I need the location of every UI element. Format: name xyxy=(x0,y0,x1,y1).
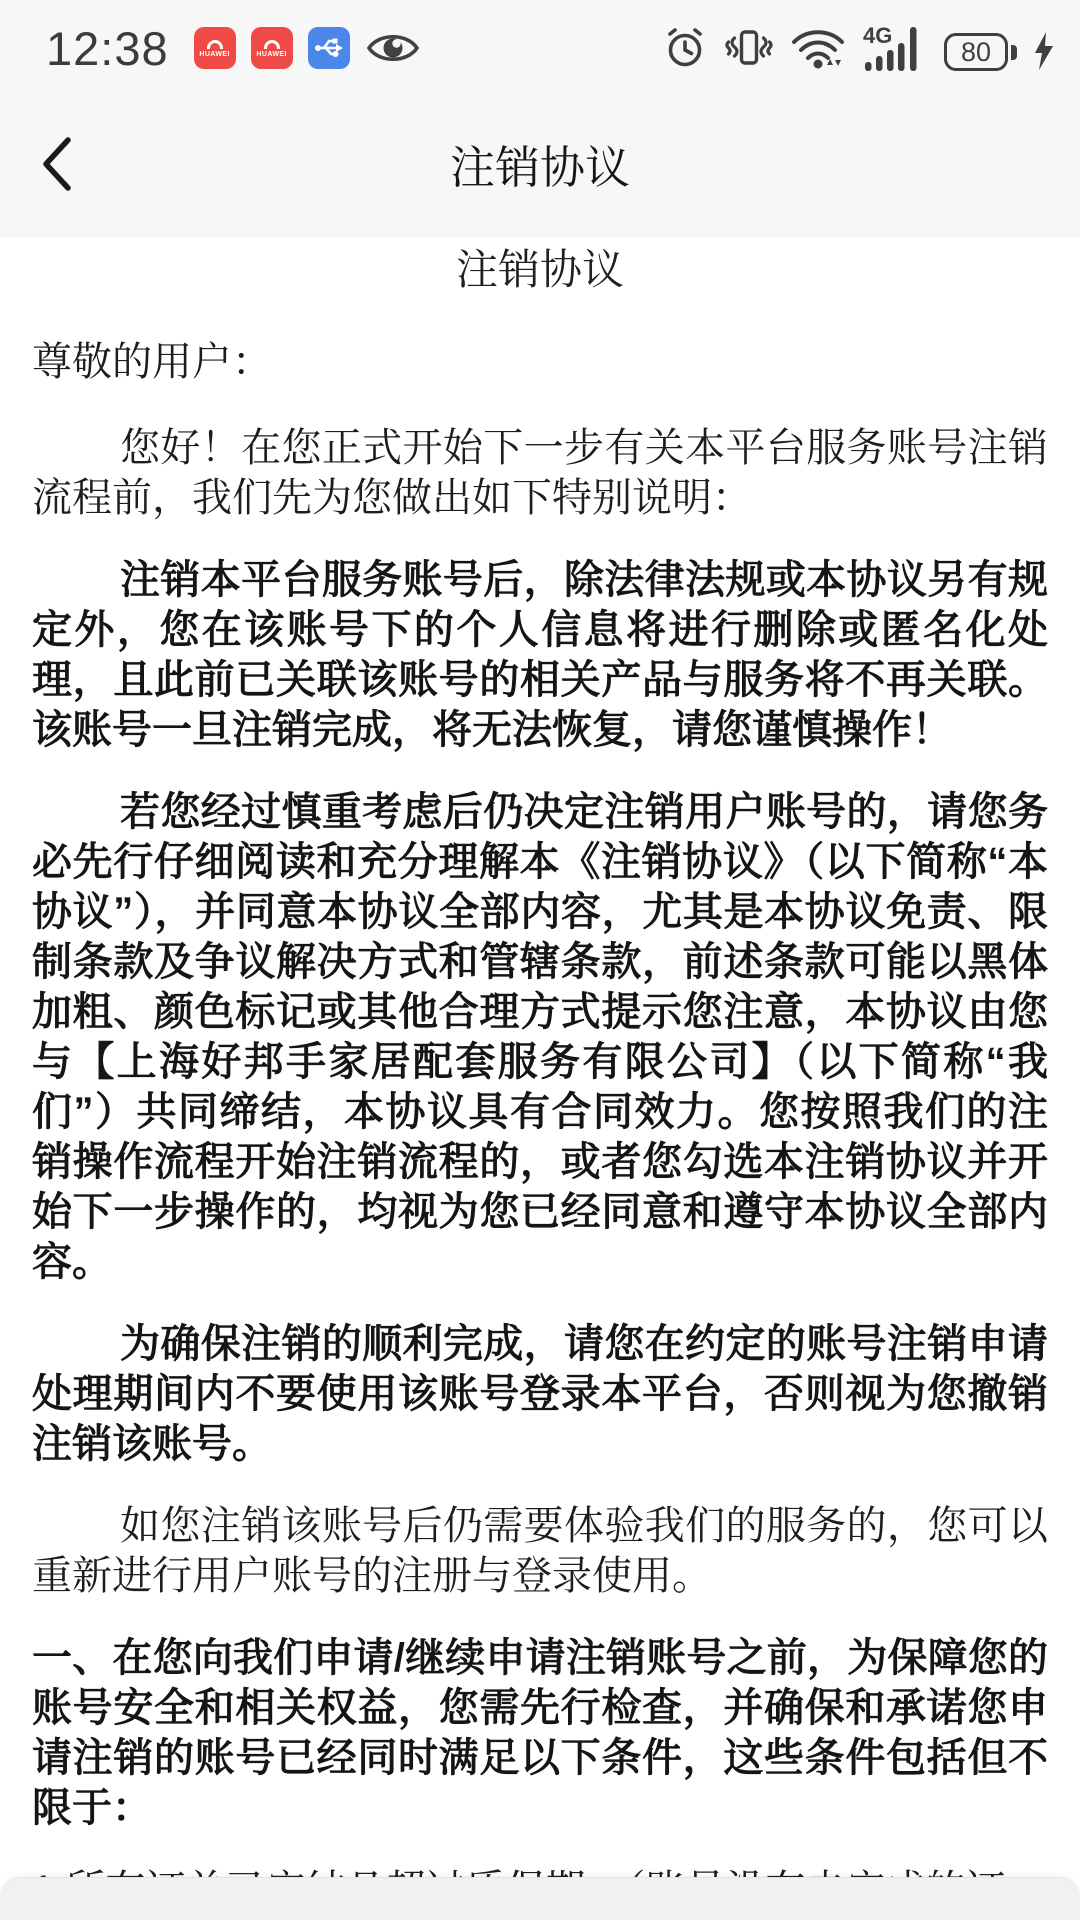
phone-screen: 12:38 HUAWEI HUAWEI xyxy=(0,0,1080,1920)
bag-handle-shape xyxy=(207,40,223,49)
salutation: 尊敬的用户： xyxy=(32,337,1048,387)
agreement-paragraph: 一、在您向我们申请/继续申请注销账号之前，为保障您的账号安全和相关权益，您需先行… xyxy=(32,1633,1048,1833)
back-chevron-icon xyxy=(39,135,75,193)
document-title: 注销协议 xyxy=(32,245,1048,295)
usb-icon xyxy=(308,27,350,69)
huawei-label: HUAWEI xyxy=(199,51,229,59)
vibrate-icon xyxy=(725,25,773,71)
agreement-paragraph: 您好！在您正式开始下一步有关本平台服务账号注销流程前，我们先为您做出如下特别说明… xyxy=(32,423,1048,523)
back-button[interactable] xyxy=(34,133,80,195)
signal-4g-icon: 4G xyxy=(863,25,927,71)
battery-nub xyxy=(1011,45,1017,60)
bag-handle-shape xyxy=(264,40,280,49)
wifi-icon xyxy=(790,27,846,71)
status-bar-left: 12:38 HUAWEI HUAWEI xyxy=(46,21,421,76)
battery-level: 80 xyxy=(944,33,1008,71)
agreement-paragraphs: 您好！在您正式开始下一步有关本平台服务账号注销流程前，我们先为您做出如下特别说明… xyxy=(32,423,1048,1915)
nav-bar: 注销协议 xyxy=(0,90,1080,237)
huawei-label: HUAWEI xyxy=(256,51,286,59)
agreement-paragraph: 注销本平台服务账号后，除法律法规或本协议另有规定外，您在该账号下的个人信息将进行… xyxy=(32,555,1048,755)
clock-time: 12:38 xyxy=(46,21,169,76)
huawei-appgallery-icon: HUAWEI xyxy=(251,27,293,69)
status-bar-right: 4G 80 xyxy=(662,25,1054,71)
battery-indicator: 80 xyxy=(944,33,1017,71)
agreement-content: 注销协议 尊敬的用户： 您好！在您正式开始下一步有关本平台服务账号注销流程前，我… xyxy=(0,237,1080,1915)
huawei-appgallery-icon: HUAWEI xyxy=(194,27,236,69)
eye-comfort-icon xyxy=(365,28,421,68)
agreement-paragraph: 若您经过慎重考虑后仍决定注销用户账号的，请您务必先行仔细阅读和充分理解本《注销协… xyxy=(32,787,1048,1287)
status-bar: 12:38 HUAWEI HUAWEI xyxy=(0,0,1080,90)
agreement-paragraph: 如您注销该账号后仍需要体验我们的服务的，您可以重新进行用户账号的注册与登录使用。 xyxy=(32,1501,1048,1601)
page-title: 注销协议 xyxy=(450,131,630,196)
bottom-sheet-edge xyxy=(0,1877,1080,1920)
agreement-paragraph: 为确保注销的顺利完成，请您在约定的账号注销申请处理期间内不要使用该账号登录本平台… xyxy=(32,1319,1048,1469)
alarm-icon xyxy=(662,25,708,71)
charging-bolt-icon xyxy=(1034,31,1054,71)
